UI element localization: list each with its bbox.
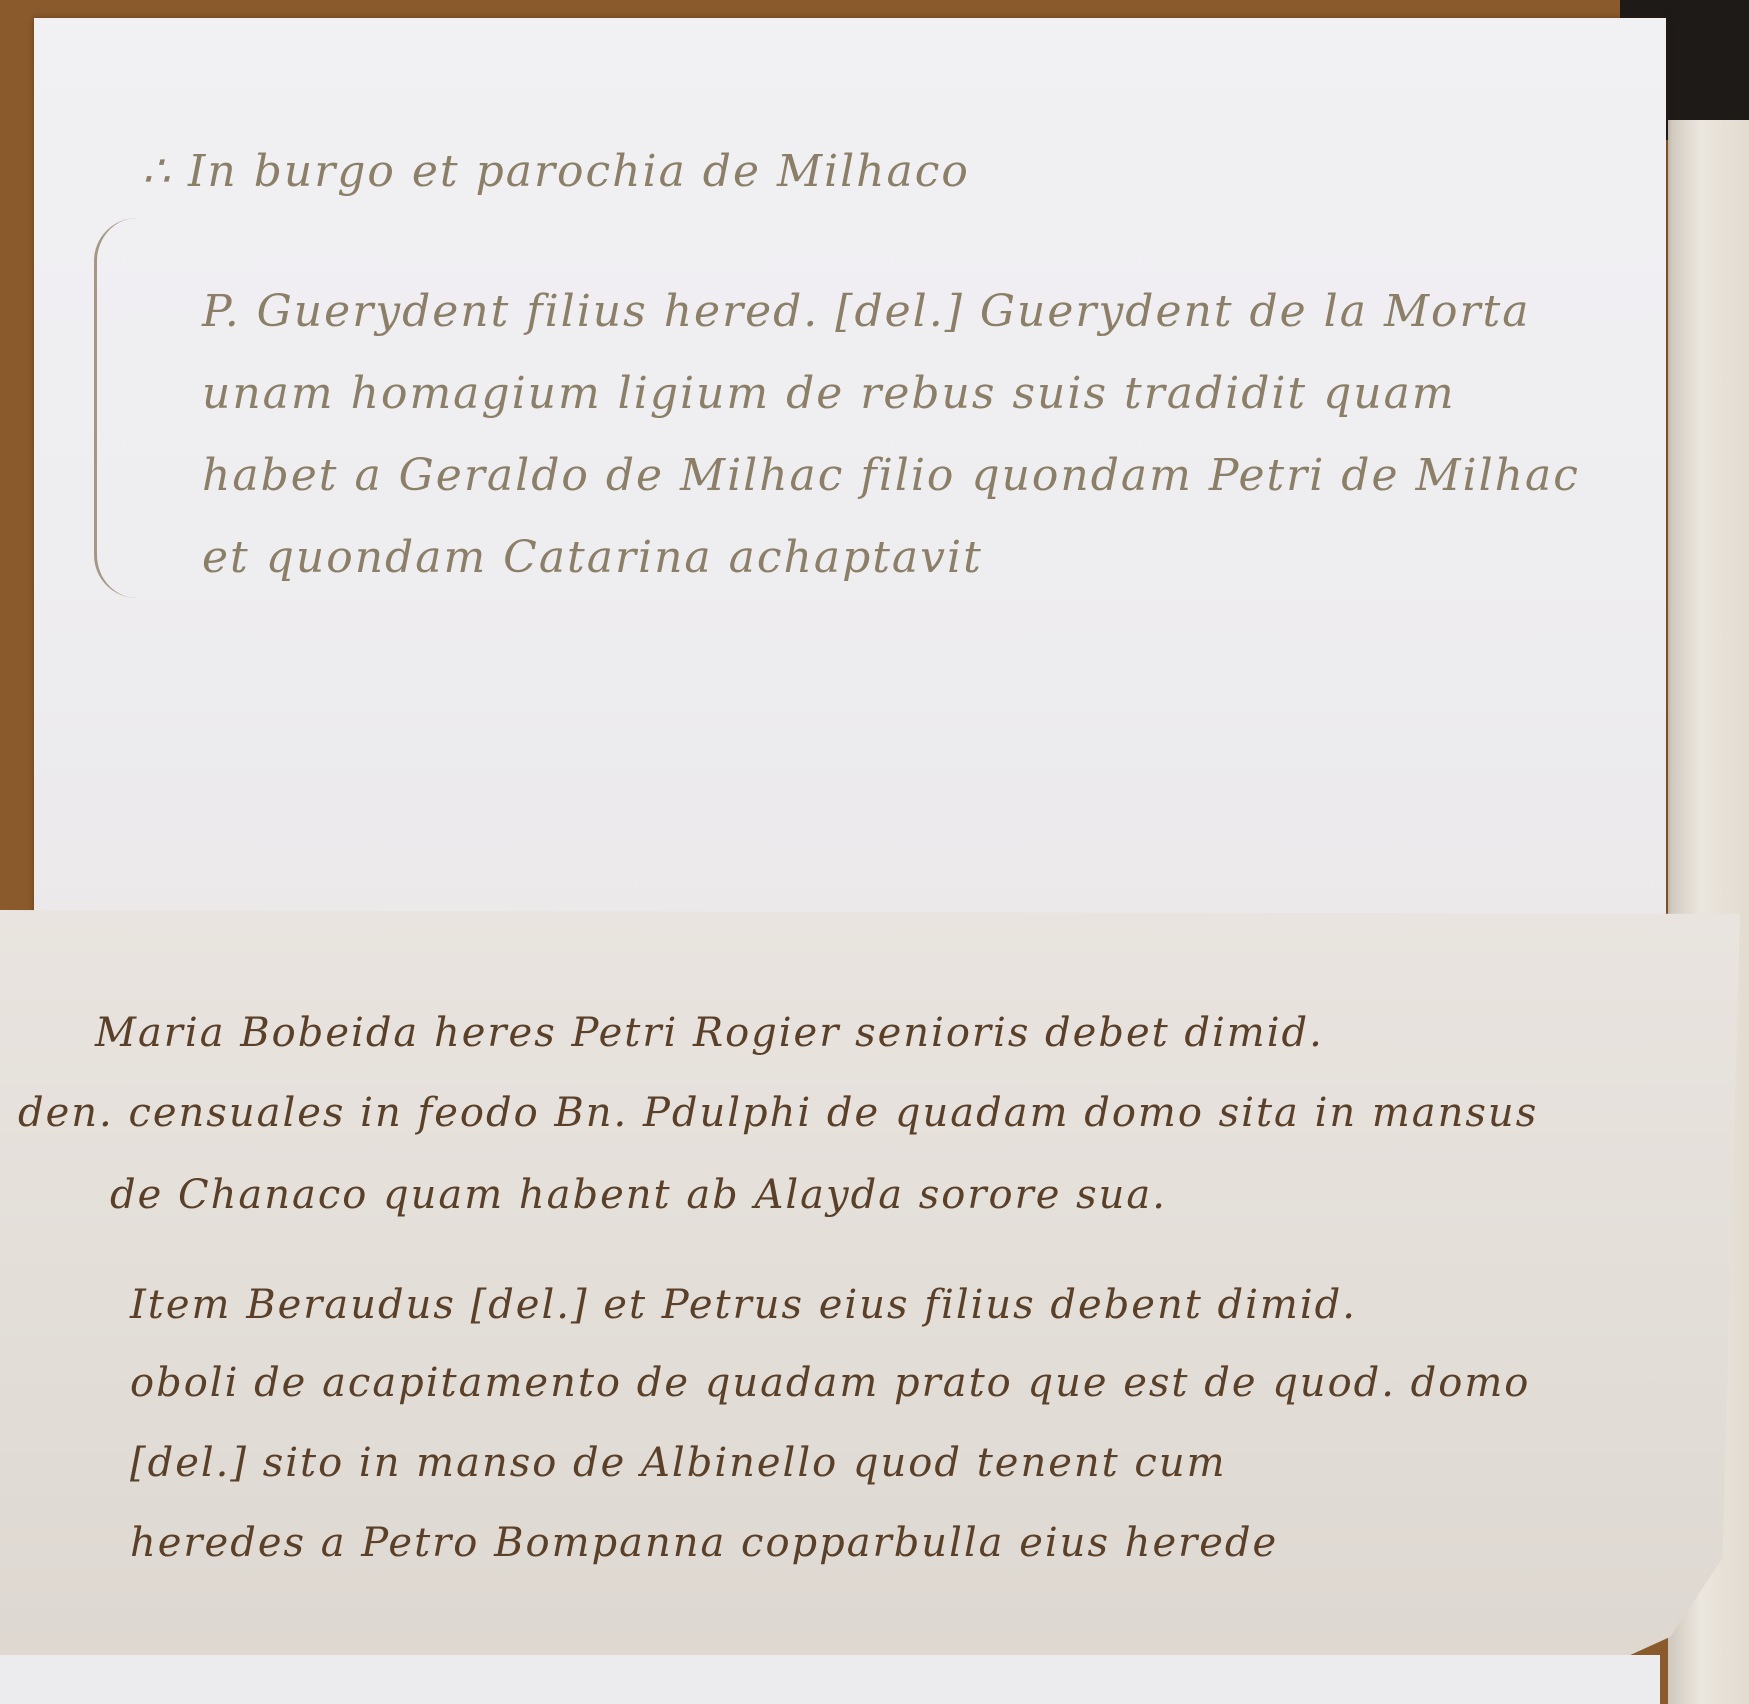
heading-text: In burgo et parochia de Milhaco	[188, 146, 970, 197]
manuscript-line: heredes a Petro Bompanna copparbulla eiu…	[130, 1520, 1278, 1566]
margin-bracket-mark	[94, 218, 137, 598]
underlying-page	[0, 1655, 1660, 1704]
heading-line: ∴ In burgo et parochia de Milhaco	[142, 146, 970, 197]
manuscript-line: unam homagium ligium de rebus suis tradi…	[202, 368, 1456, 419]
lower-manuscript-slip: Maria Bobeida heres Petri Rogier seniori…	[0, 910, 1740, 1700]
manuscript-line: de Chanaco quam habent ab Alayda sorore …	[110, 1172, 1167, 1218]
manuscript-line: Maria Bobeida heres Petri Rogier seniori…	[95, 1010, 1324, 1056]
heading-mark: ∴	[142, 146, 172, 197]
manuscript-line: [del.] sito in manso de Albinello quod t…	[130, 1440, 1227, 1486]
manuscript-line: Item Beraudus [del.] et Petrus eius fili…	[130, 1282, 1357, 1328]
manuscript-line: oboli de acapitamento de quadam prato qu…	[130, 1360, 1530, 1406]
manuscript-line: P. Guerydent filius hered. [del.] Gueryd…	[202, 286, 1530, 337]
upper-manuscript-sheet: ∴ In burgo et parochia de Milhaco P. Gue…	[34, 18, 1666, 928]
manuscript-line: habet a Geraldo de Milhac filio quondam …	[202, 450, 1580, 501]
manuscript-line: den. censuales in feodo Bn. Pdulphi de q…	[18, 1090, 1538, 1136]
manuscript-line: et quondam Catarina achaptavit	[202, 532, 983, 583]
